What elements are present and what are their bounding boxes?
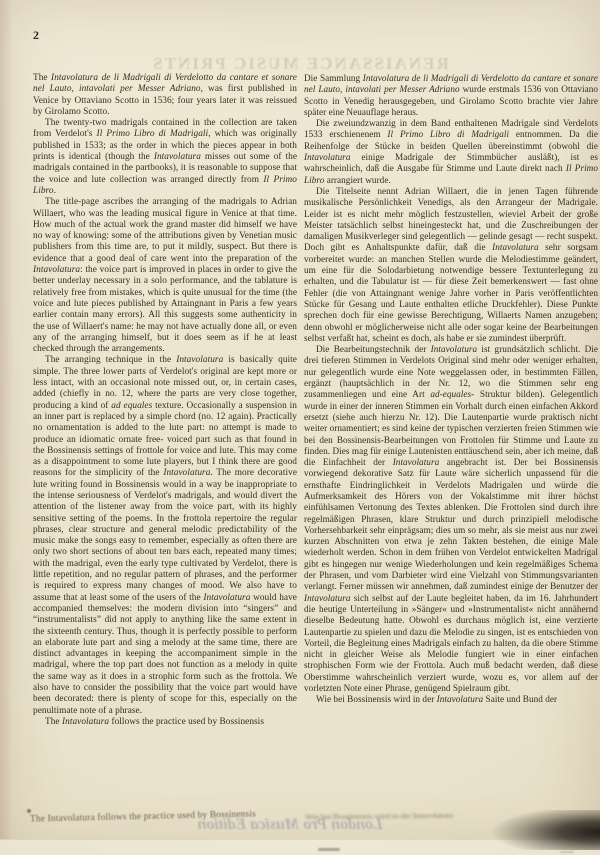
paragraph: Die Sammlung Intavolatura de li Madrigal… [304, 73, 598, 118]
paragraph: The Intavolatura de li Madrigali di Verd… [33, 73, 297, 118]
paragraph: Die zweiundzwanzig in dem Band enthalten… [304, 118, 598, 186]
ghost-print-line-left: The Intavolatura follows the practice us… [30, 809, 256, 824]
paragraph: The twenty-two madrigals contained in th… [33, 118, 297, 197]
english-column: The Intavolatura de li Madrigali di Verd… [33, 73, 297, 728]
paragraph: Wie bei Bossinensis wird in der Intavola… [304, 694, 598, 705]
paragraph: The Intavolatura follows the practice us… [33, 717, 297, 728]
paragraph: The arranging technique in the Intavolat… [33, 355, 297, 717]
german-column: Die Sammlung Intavolatura de li Madrigal… [304, 73, 598, 706]
paragraph: The title-page ascribes the arranging of… [33, 197, 297, 355]
ink-speck [27, 809, 31, 813]
page-number: 2 [33, 28, 40, 43]
scan-left-edge-shading [0, 0, 13, 855]
page-bottom-edge [0, 839, 600, 855]
bleedthrough-imprint-text: London Pro Musica Edition [140, 816, 440, 834]
book-page: 2 RENAISSANCE MUSIC PRINTS The Intavolat… [0, 0, 600, 855]
paragraph: Die Titelseite nennt Adrian Willaert, di… [304, 186, 598, 344]
bleedthrough-title-text: RENAISSANCE MUSIC PRINTS [150, 54, 450, 74]
paragraph: Die Bearbeitungstechnik der Intavolatura… [304, 344, 598, 694]
ghost-print-line-right: Wie bei Bossinensis wird in der Intavola… [305, 812, 453, 822]
